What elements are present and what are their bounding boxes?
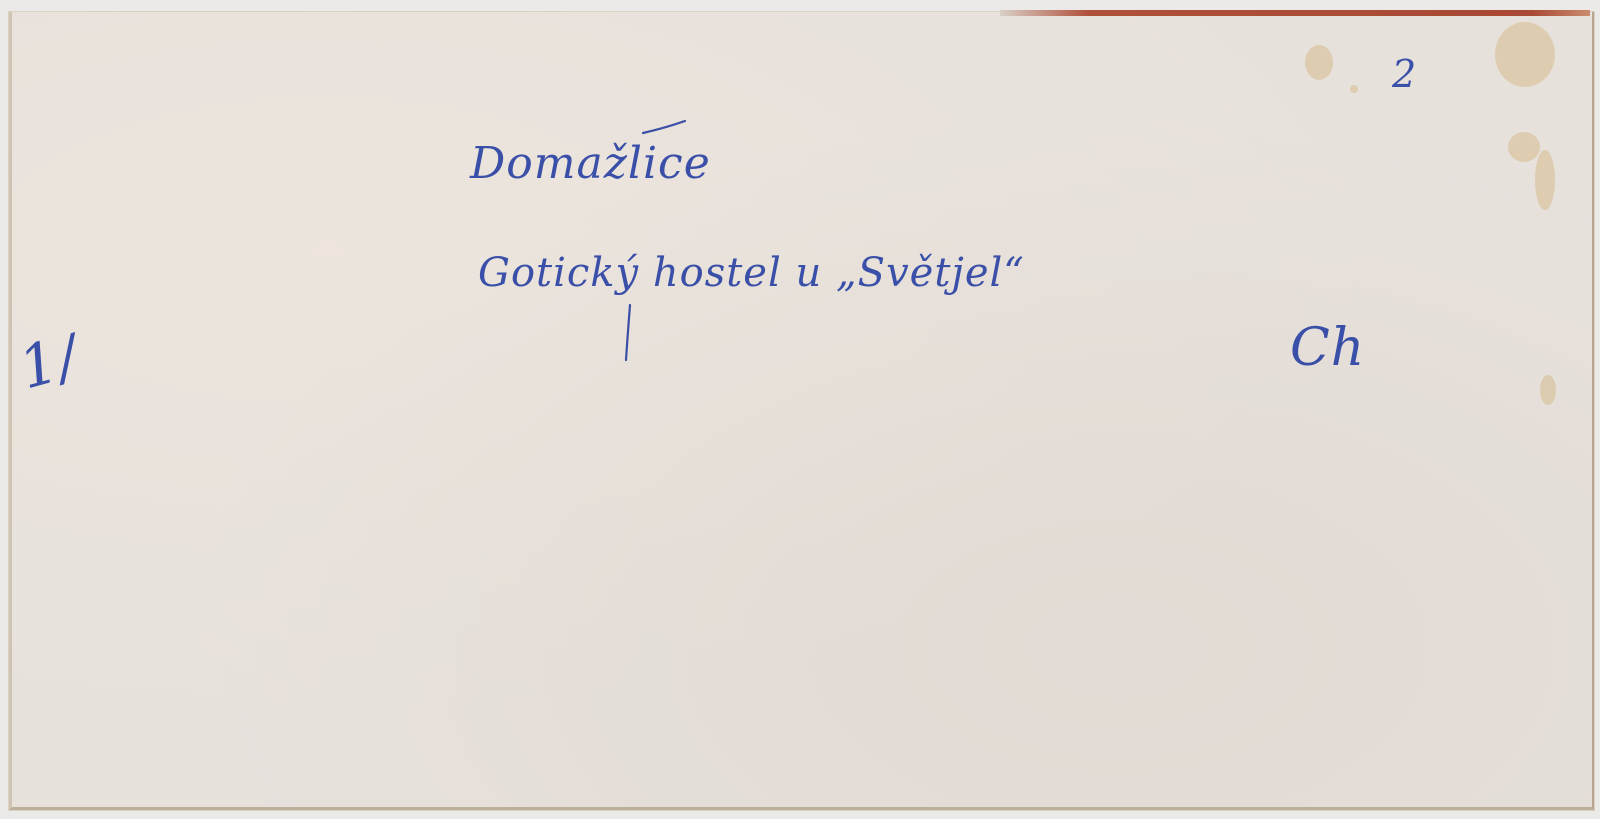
pen-stroke: [620, 300, 640, 370]
stain: [1508, 132, 1540, 162]
stain: [1305, 45, 1333, 80]
caption: Gotický hostel u „Světjel“: [478, 250, 1025, 296]
initials: Ch: [1290, 318, 1365, 378]
red-top-edge: [1000, 10, 1590, 16]
stain: [1495, 22, 1555, 87]
card-back: [9, 12, 1594, 810]
corner-number: 2: [1392, 52, 1417, 96]
stain: [1540, 375, 1556, 405]
stain: [1350, 85, 1358, 93]
place-name: Domažlice: [470, 138, 711, 189]
stain: [1535, 150, 1555, 210]
pen-stroke: [640, 118, 690, 138]
